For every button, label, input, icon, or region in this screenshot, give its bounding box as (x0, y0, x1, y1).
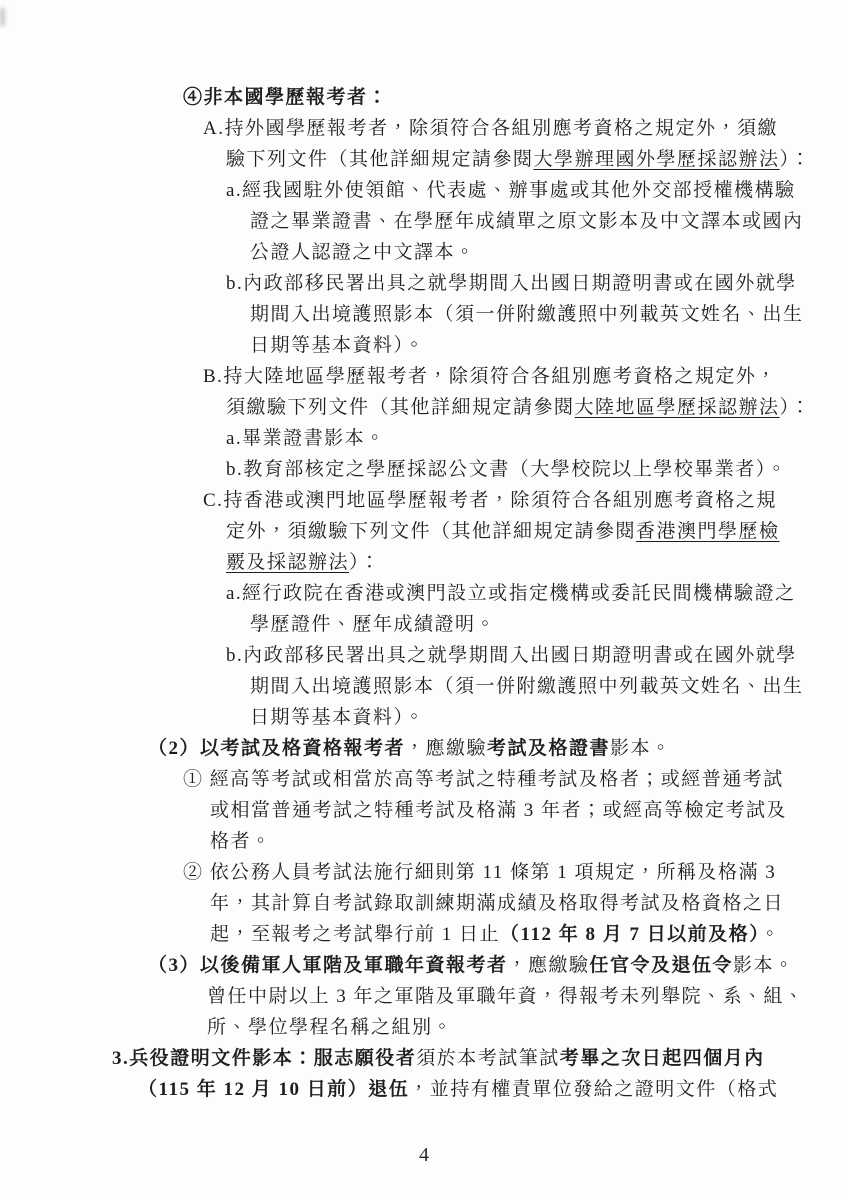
text-segment: 日期等基本資料）。 (250, 707, 425, 728)
text-segment: 格者。 (210, 831, 272, 852)
text-segment: 證之畢業證書、在學歷年成績單之原文影本及中文譯本或國內 (250, 211, 804, 232)
text-line: 曾任中尉以上 3 年之軍階及軍職年資，得報考未列舉院、系、組、 (207, 981, 848, 1012)
text-line: 所、學位學程名稱之組別。 (207, 1012, 848, 1043)
text-segment: 日期等基本資料）。 (250, 335, 425, 356)
text-segment: 曾任中尉以上 3 年之軍階及軍職年資，得報考未列舉院、系、組、 (207, 986, 805, 1007)
text-segment: （112 年 8 月 7 日以前及格） (500, 924, 760, 945)
text-line: （115 年 12 月 10 日前）退伍，並持有權責單位發給之證明文件（格式 (138, 1074, 848, 1105)
text-segment: 公證人認證之中文譯本。 (250, 242, 476, 263)
text-segment: 影本。 (733, 955, 795, 976)
page-number: 4 (0, 1140, 848, 1171)
text-line: 年，其計算自考試錄取訓練期滿成績及格取得考試及格資格之日 (210, 888, 848, 919)
text-line: ② 依公務人員考試法施行細則第 11 條第 1 項規定，所稱及格滿 3 (183, 857, 848, 888)
text-line: a.畢業證書影本。 (226, 423, 848, 454)
text-segment: 須繳驗下列文件（其他詳細規定請參閱 (226, 397, 575, 418)
text-segment: 驗下列文件（其他詳細規定請參閱 (226, 149, 534, 170)
text-line: 公證人認證之中文譯本。 (250, 237, 848, 268)
text-segment: 任官令及退伍令 (590, 955, 734, 976)
text-segment: ）： (780, 149, 812, 170)
text-line: （3）以後備軍人軍階及軍職年資報考者，應繳驗任官令及退伍令影本。 (148, 950, 848, 981)
scan-artifact (0, 8, 5, 26)
text-segment: 。 (760, 924, 781, 945)
text-line: ① 經高等考試或相當於高等考試之特種考試及格者；或經普通考試 (183, 764, 848, 795)
regulation-reference: 大陸地區學歷採認辦法 (575, 397, 780, 418)
text-segment: （3）以後備軍人軍階及軍職年資報考者 (148, 955, 508, 976)
text-line: b.教育部核定之學歷採認公文書（大學校院以上學校畢業者）。 (226, 454, 848, 485)
text-line: 期間入出境護照影本（須一併附繳護照中列載英文姓名、出生 (250, 671, 848, 702)
text-segment: b.內政部移民署出具之就學期間入出國日期證明書或在國外就學 (226, 645, 797, 666)
text-segment: 學歷證件、歷年成績證明。 (250, 614, 496, 635)
text-line: a.經行政院在香港或澳門設立或指定機構或委託民間機構驗證之 (226, 578, 848, 609)
text-line: 證之畢業證書、在學歷年成績單之原文影本及中文譯本或國內 (250, 206, 848, 237)
text-segment: 影本。 (610, 738, 672, 759)
text-segment: B.持大陸地區學歷報考者，除須符合各組別應考資格之規定外， (203, 366, 777, 387)
text-segment: 所、學位學程名稱之組別。 (207, 1017, 453, 1038)
text-line: B.持大陸地區學歷報考者，除須符合各組別應考資格之規定外， (203, 361, 848, 392)
text-segment: ④非本國學歷報考者： (183, 87, 388, 108)
text-segment: 考試及格證書 (487, 738, 610, 759)
text-line: 日期等基本資料）。 (250, 330, 848, 361)
text-segment: 定外，須繳驗下列文件（其他詳細規定請參閱 (226, 521, 636, 542)
text-segment: a.經行政院在香港或澳門設立或指定機構或委託民間機構驗證之 (226, 583, 796, 604)
text-line: 覈及採認辦法）： (226, 547, 848, 578)
text-segment: a.畢業證書影本。 (226, 428, 386, 449)
text-segment: ，應繳驗 (508, 955, 590, 976)
regulation-reference: 大學辦理國外學歷採認辦法 (534, 149, 780, 170)
text-segment: （2）以考試及格資格報考者 (148, 738, 405, 759)
text-segment: 期間入出境護照影本（須一併附繳護照中列載英文姓名、出生 (250, 676, 804, 697)
text-line: 起，至報考之考試舉行前 1 日止（112 年 8 月 7 日以前及格）。 (210, 919, 848, 950)
text-segment: 年，其計算自考試錄取訓練期滿成績及格取得考試及格資格之日 (210, 893, 784, 914)
text-line: 驗下列文件（其他詳細規定請參閱大學辦理國外學歷採認辦法）： (226, 144, 848, 175)
text-line: ④非本國學歷報考者： (183, 82, 848, 113)
text-line: A.持外國學歷報考者，除須符合各組別應考資格之規定外，須繳 (203, 113, 848, 144)
regulation-reference: 覈及採認辦法 (226, 552, 349, 573)
text-line: 3.兵役證明文件影本：服志願役者須於本考試筆試考畢之次日起四個月內 (112, 1043, 848, 1074)
text-line: 定外，須繳驗下列文件（其他詳細規定請參閱香港澳門學歷檢 (226, 516, 848, 547)
text-line: b.內政部移民署出具之就學期間入出國日期證明書或在國外就學 (226, 268, 848, 299)
text-line: 格者。 (210, 826, 848, 857)
text-segment: 須於本考試筆試 (416, 1048, 560, 1069)
text-segment: ，並持有權責單位發給之證明文件（格式 (409, 1079, 778, 1100)
document-page: ④非本國學歷報考者：A.持外國學歷報考者，除須符合各組別應考資格之規定外，須繳驗… (0, 0, 848, 1200)
text-line: 學歷證件、歷年成績證明。 (250, 609, 848, 640)
text-line: a.經我國駐外使領館、代表處、辦事處或其他外交部授權機構驗 (226, 175, 848, 206)
text-line: 或相當普通考試之特種考試及格滿 3 年者；或經高等檢定考試及 (210, 795, 848, 826)
text-segment: ）： (780, 397, 812, 418)
text-line: （2）以考試及格資格報考者，應繳驗考試及格證書影本。 (148, 733, 848, 764)
text-line: 期間入出境護照影本（須一併附繳護照中列載英文姓名、出生 (250, 299, 848, 330)
text-segment: ）： (349, 552, 381, 573)
text-segment: C.持香港或澳門地區學歷報考者，除須符合各組別應考資格之規 (203, 490, 777, 511)
text-segment: 起，至報考之考試舉行前 1 日止 (210, 924, 500, 945)
text-segment: b.內政部移民署出具之就學期間入出國日期證明書或在國外就學 (226, 273, 797, 294)
text-segment: a.經我國駐外使領館、代表處、辦事處或其他外交部授權機構驗 (226, 180, 796, 201)
text-line: 日期等基本資料）。 (250, 702, 848, 733)
text-segment: 或相當普通考試之特種考試及格滿 3 年者；或經高等檢定考試及 (210, 800, 787, 821)
text-line: C.持香港或澳門地區學歷報考者，除須符合各組別應考資格之規 (203, 485, 848, 516)
regulation-reference: 香港澳門學歷檢 (636, 521, 780, 542)
text-segment: ，應繳驗 (405, 738, 487, 759)
text-segment: 考畢之次日起四個月內 (560, 1048, 765, 1069)
document-body: ④非本國學歷報考者：A.持外國學歷報考者，除須符合各組別應考資格之規定外，須繳驗… (0, 82, 848, 1105)
text-segment: b.教育部核定之學歷採認公文書（大學校院以上學校畢業者）。 (226, 459, 787, 480)
text-segment: 3.兵役證明文件影本：服志願役者 (112, 1048, 416, 1069)
text-segment: （115 年 12 月 10 日前）退伍 (138, 1079, 409, 1100)
text-segment: ② 依公務人員考試法施行細則第 11 條第 1 項規定，所稱及格滿 3 (183, 862, 776, 883)
text-line: b.內政部移民署出具之就學期間入出國日期證明書或在國外就學 (226, 640, 848, 671)
text-segment: 期間入出境護照影本（須一併附繳護照中列載英文姓名、出生 (250, 304, 804, 325)
text-segment: A.持外國學歷報考者，除須符合各組別應考資格之規定外，須繳 (203, 118, 778, 139)
text-line: 須繳驗下列文件（其他詳細規定請參閱大陸地區學歷採認辦法）： (226, 392, 848, 423)
text-segment: ① 經高等考試或相當於高等考試之特種考試及格者；或經普通考試 (183, 769, 784, 790)
